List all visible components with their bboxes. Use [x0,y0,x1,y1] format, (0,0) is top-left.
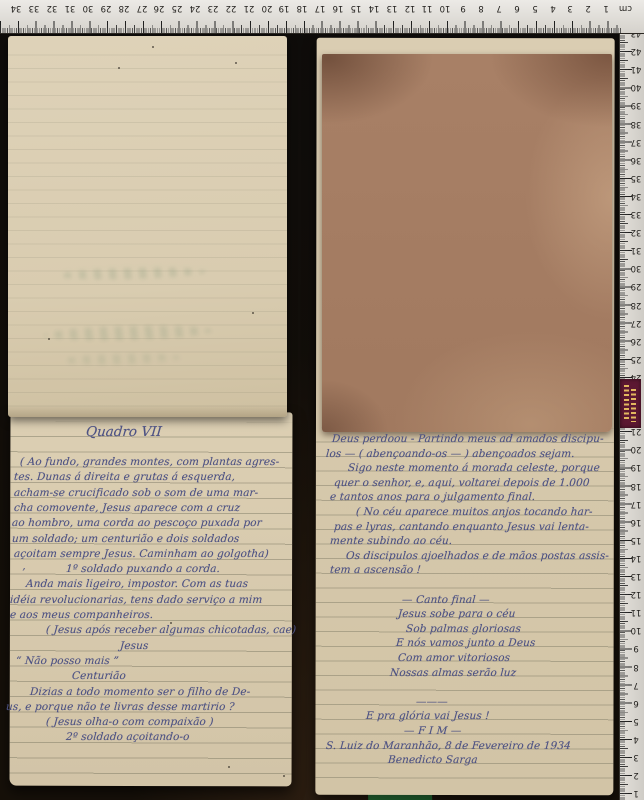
ruler-number: 5 [527,3,543,13]
handwritten-line: e tantos anos para o julgamento final. [330,491,536,503]
ruler-number: 9 [455,3,471,13]
ruler-number: 30 [628,263,644,273]
ruler-number: 8 [628,662,644,672]
ruler-unit-label: cm [619,3,632,13]
ruler-number: 18 [628,481,644,491]
ruler-number: 7 [628,680,644,690]
ruler-number: 24 [187,3,203,13]
ruler-top: 3433323130292827262524232221201918171615… [0,0,644,34]
handwritten-line: S. Luiz do Maranhão, 8 de Fevereiro de 1… [326,740,572,752]
ruler-number: 28 [628,300,644,310]
ruler-number: 30 [80,3,96,13]
ruler-number: 13 [384,3,400,13]
ruler-number: 14 [628,553,644,563]
paper-speck [235,62,237,64]
paper-speck [152,46,154,48]
ruler-number: 13 [628,571,644,581]
handwritten-line: ( No céu aparece muitos anjos tocando ha… [356,506,594,518]
ruler-number: 41 [628,64,644,74]
handwritten-line: Benedicto Sarga [388,754,479,766]
handwritten-line: Sigo neste momento á morada celeste, por… [348,462,601,474]
ruler-number: 10 [437,3,453,13]
ruler-number: 40 [628,82,644,92]
handwritten-line: tes. Dunas á direita e grutas á esquerda… [14,471,236,483]
ruler-number: 15 [628,535,644,545]
paper-speck [283,775,285,777]
ruler-number: 32 [44,3,60,13]
handwritten-line: Com amor vitoriosos [398,652,511,664]
ruler-number: 26 [628,336,644,346]
ruler-number: 34 [628,191,644,201]
ruler-number: 8 [473,3,489,13]
handwritten-line: ( Jesus olha-o com compaixão ) [46,716,214,728]
ruler-number: 33 [26,3,42,13]
handwritten-line: e aos meus companheiros. [10,609,154,621]
ruled-lines-faint [8,42,287,407]
ruler-number: 5 [628,716,644,726]
ruler-number: 1 [598,3,614,13]
handwritten-line: los — ( abençoando-os — ) abençoados sej… [326,448,576,460]
ruler-number: 1 [628,788,644,798]
ruler-number: 32 [628,227,644,237]
handwritten-line: quer o senhor, e, aqui, voltarei depois … [334,477,590,489]
handwritten-line: ao hombro, uma corda ao pescoço puxada p… [12,517,263,529]
ruler-number: 15 [348,3,364,13]
handwritten-line: Jesus sobe para o céu [398,608,516,620]
handwritten-line: Dizias a todo momento ser o filho de De- [30,686,251,698]
handwritten-line: E pra glória vai Jesus ! [366,710,490,722]
ruler-number: 18 [294,3,310,13]
calibration-stamp [620,379,641,428]
ruler-number: 17 [312,3,328,13]
ruler-number: 19 [628,462,644,472]
ruler-number: 19 [276,3,292,13]
ruler-number: 4 [545,3,561,13]
left-page-lines: ( Ao fundo, grandes montes, com plantas … [14,456,290,756]
ruler-number: 39 [628,100,644,110]
handwritten-line: cha comovente, Jesus aparece com a cruz [14,502,241,514]
ruler-number: 6 [628,698,644,708]
handwritten-line: idéia revolucionarias, tens dado serviço… [10,594,263,606]
page-heading: Quadro VII [85,424,162,440]
handwritten-line: acham-se crucificado sob o som de uma ma… [14,487,259,499]
ruler-number: 12 [628,589,644,599]
ruler-number: 27 [134,3,150,13]
handwritten-line: açoitam sempre Jesus. Caminham ao golgot… [14,548,270,560]
ruler-number: 34 [8,3,24,13]
ruler-number: 33 [628,209,644,219]
brown-paper-sheet [322,54,612,432]
paper-speck [252,312,254,314]
handwritten-line: — F I M — [404,725,462,737]
ruler-number: 23 [205,3,221,13]
handwritten-line: Centurião [72,670,127,682]
handwritten-line: pas e lyras, cantando enquanto Jesus vai… [334,521,590,533]
ruler-number: 29 [628,281,644,291]
ruler-number: 3 [628,752,644,762]
paper-speck [118,67,120,69]
ruler-number: 25 [628,354,644,364]
ruler-number: 22 [223,3,239,13]
handwritten-line: 1º soldado puxando a corda. [66,563,221,575]
handwritten-line: Jesus [120,640,149,652]
ruler-number: 11 [419,3,435,13]
handwritten-line: um soldado; um centurião e dois soldados [12,533,240,545]
handwritten-line: E nós vamos junto a Deus [396,637,536,649]
handwritten-line: us, e porque não te livras desse martiri… [6,701,235,713]
ruler-number: 20 [259,3,275,13]
handwritten-line: 2º soldado açoitando-o [66,731,190,743]
ruler-number: 4 [628,734,644,744]
ruler-number: 38 [628,119,644,129]
handwritten-line: ——— [416,696,449,708]
ruler-number: 42 [628,46,644,56]
ruler-number: 2 [628,770,644,780]
ruler-number: 25 [169,3,185,13]
ruler-number: 17 [628,499,644,509]
ruler-number: 3 [562,3,578,13]
handwritten-line: Os discipulos ajoelhados e de mãos posta… [346,550,610,562]
right-page-lines: Deus perdoou - Partindo meus ad amados d… [330,433,612,778]
ruler-number: 12 [402,3,418,13]
ruler-number: 14 [366,3,382,13]
ruler-number: 6 [509,3,525,13]
ruler-number: 2 [580,3,596,13]
ruler-number: 11 [628,607,644,617]
ruler-number: 35 [628,173,644,183]
ruler-number: 20 [628,444,644,454]
left-blank-sheet [8,36,287,417]
ruler-number: 10 [628,625,644,635]
handwritten-line: “ Não posso mais ” [16,655,120,667]
handwritten-line: Sob palmas gloriosas [406,623,522,635]
paper-speck [170,622,172,624]
ruler-number: 31 [62,3,78,13]
ruler-number: 27 [628,318,644,328]
ruler-number: 9 [628,643,644,653]
manuscript-scan: Quadro VII ’ ( Ao fundo, grandes montes,… [0,0,644,800]
ruler-number: 7 [491,3,507,13]
handwritten-line: — Canto final — [402,594,491,606]
handwritten-line: Nossas almas serão luz [390,667,517,679]
ruler-number: 21 [241,3,257,13]
ruler-tick-marks [0,28,621,33]
paper-speck [228,766,230,768]
ruler-number: 16 [628,517,644,527]
handwritten-line: Anda mais ligeiro, impostor. Com as tuas [26,578,249,590]
handwritten-line: mente subindo ao céu. [330,535,453,547]
stray-ink-mark: ’ [22,566,26,579]
handwritten-line: tem a ascensão ! [330,564,422,576]
ruler-number: 26 [151,3,167,13]
ruler-number: 29 [98,3,114,13]
ruler-number: 16 [330,3,346,13]
ruler-number: 37 [628,137,644,147]
ruler-number: 28 [116,3,132,13]
ruler-number: 31 [628,245,644,255]
paper-speck [48,338,50,340]
handwritten-line: ( Ao fundo, grandes montes, com plantas … [20,456,280,468]
ruler-number: 36 [628,155,644,165]
handwritten-line: Deus perdoou - Partindo meus ad amados d… [332,433,605,445]
handwritten-line: ( Jesus após receber algumas chicotadas,… [46,624,297,636]
